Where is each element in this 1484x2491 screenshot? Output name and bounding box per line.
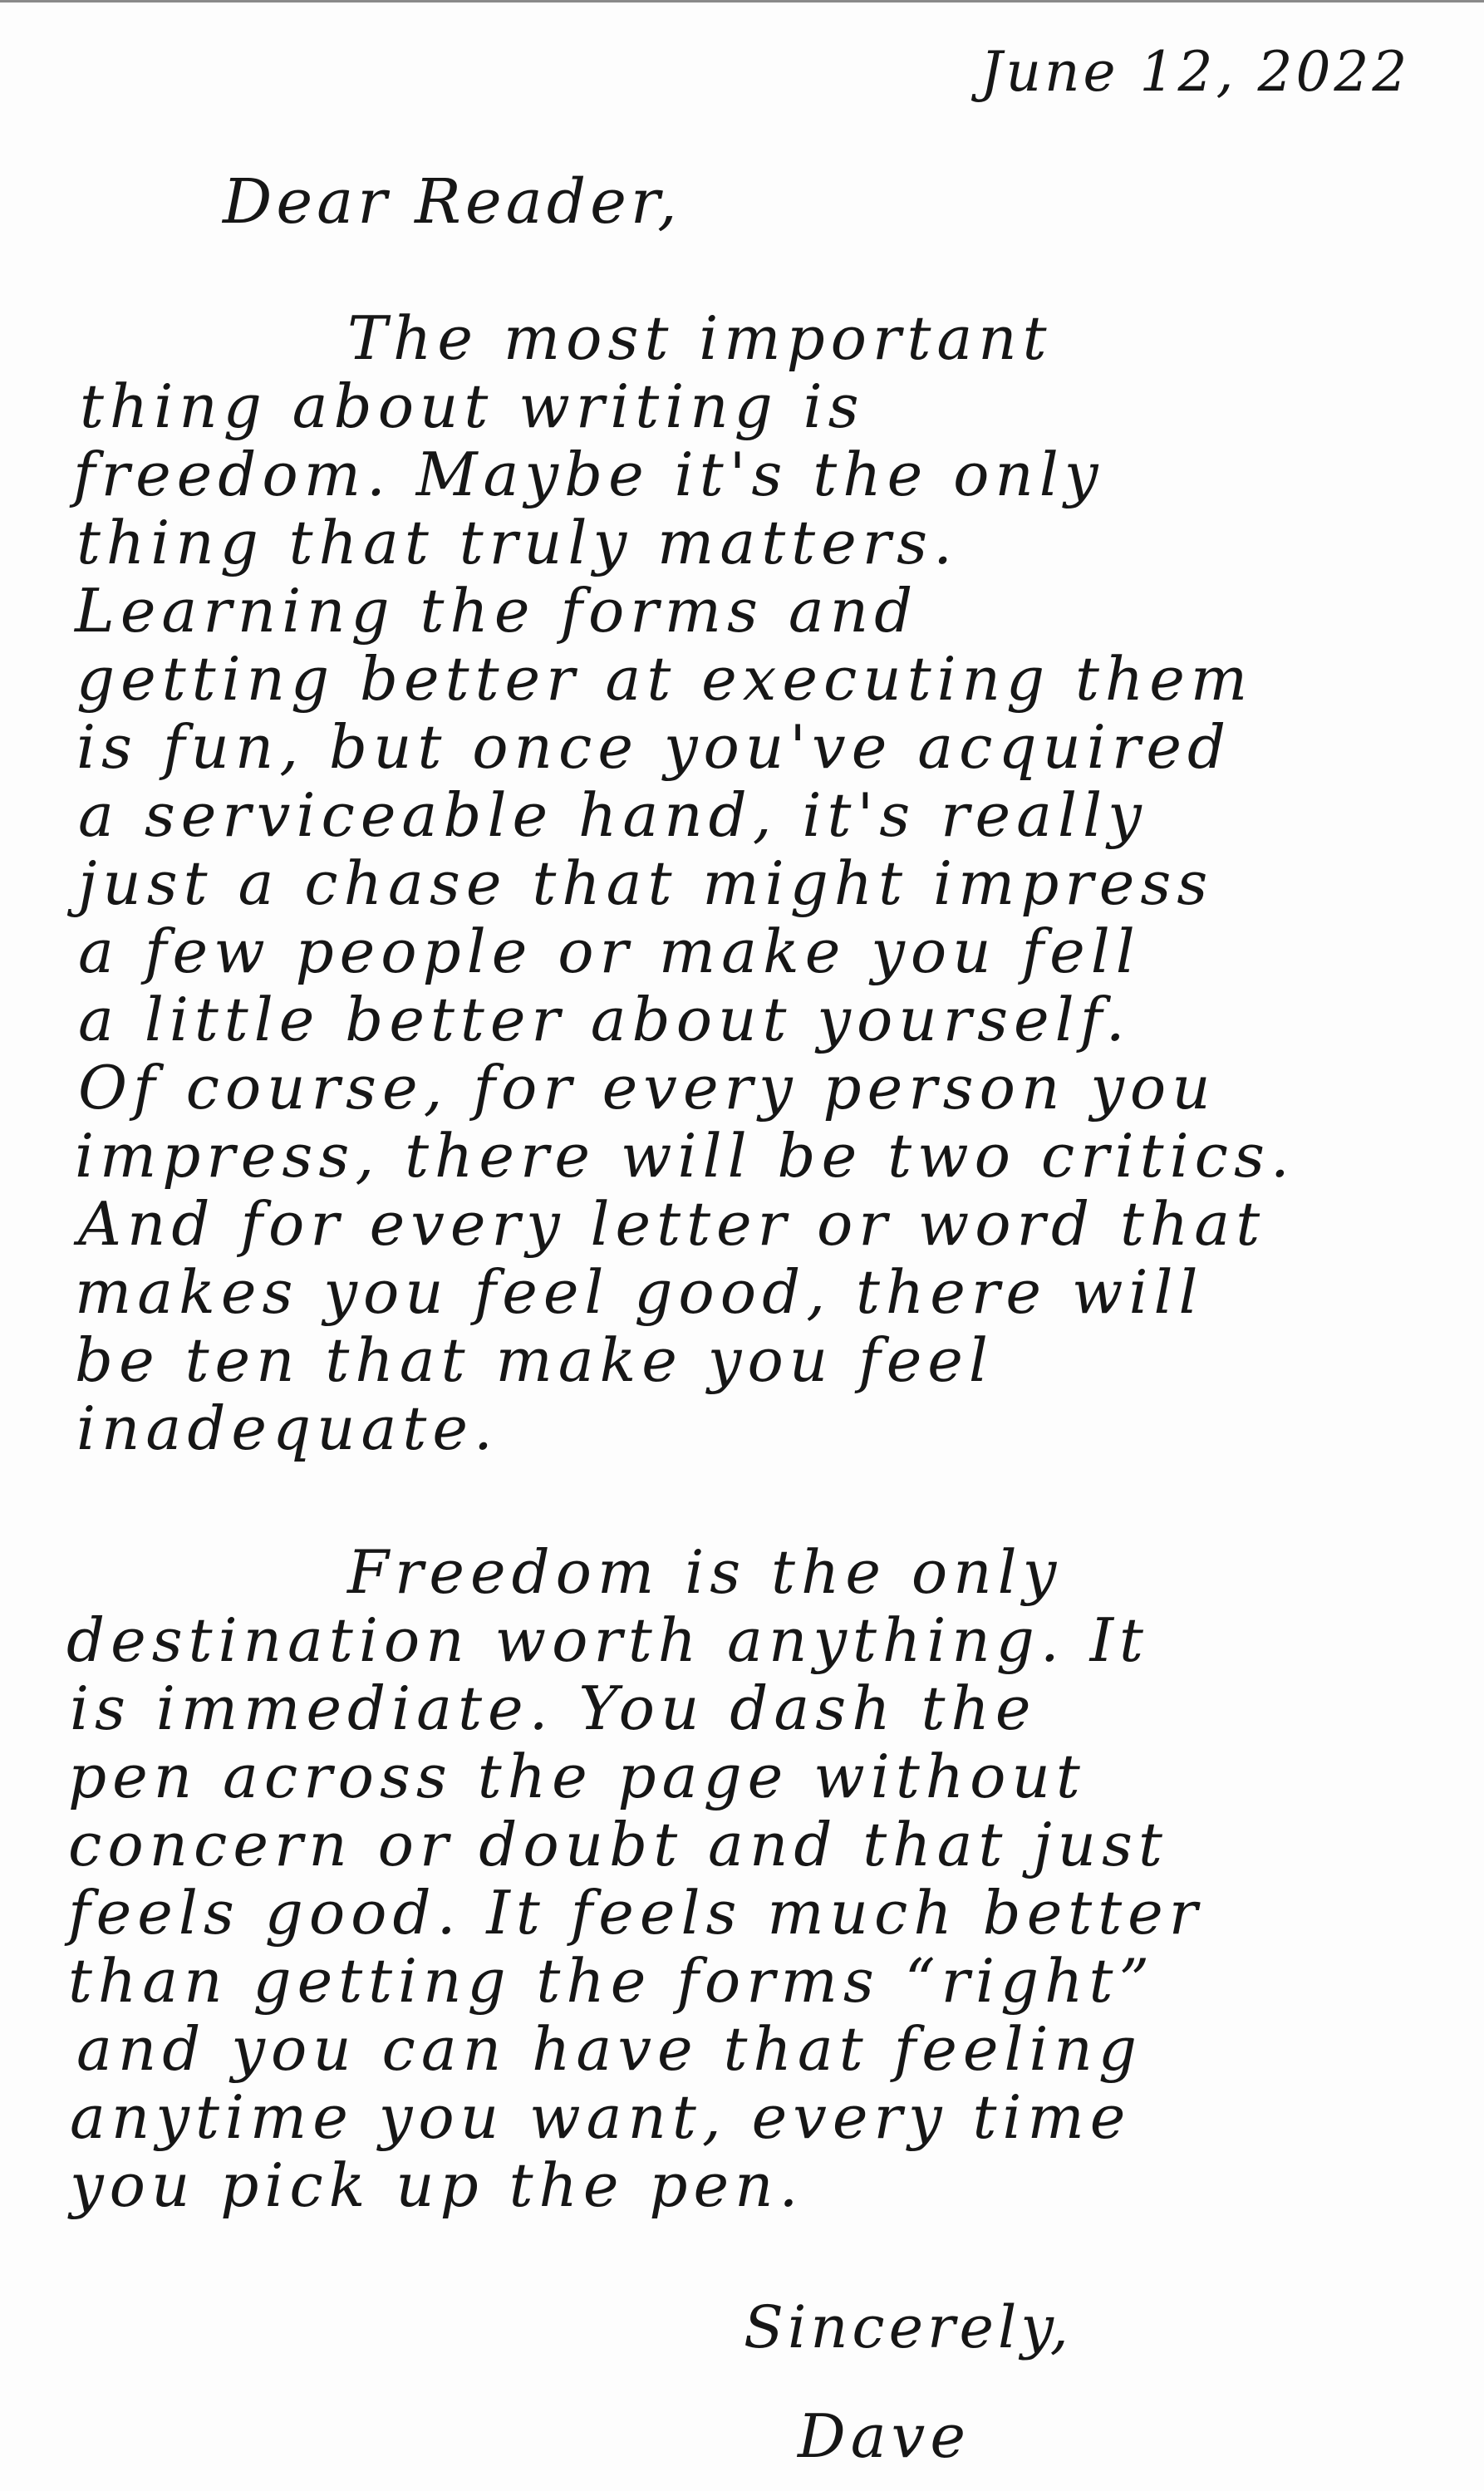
paragraph-line: than getting the forms “right” (68, 1946, 1155, 2016)
paragraph-line: makes you feel good, there will (75, 1257, 1204, 1327)
letter-date: June 12, 2022 (980, 40, 1410, 104)
paragraph-line: The most important (347, 303, 1053, 373)
scan-top-edge (0, 0, 1484, 2)
paragraph-line: is immediate. You dash the (70, 1673, 1036, 1743)
paragraph-line: Learning the forms and (75, 576, 918, 646)
salutation: Dear Reader, (223, 166, 681, 238)
paragraph-line: be ten that make you feel (75, 1325, 994, 1395)
paragraph-line: inadequate. (76, 1393, 499, 1463)
paragraph-line: a serviceable hand, it's really (78, 780, 1147, 850)
paragraph-line: thing that truly matters. (76, 508, 958, 577)
paragraph-line: Freedom is the only (347, 1537, 1062, 1607)
paragraph-line: just a chase that might impress (78, 848, 1213, 918)
paragraph-line: getting better at executing them (76, 644, 1253, 714)
paragraph-line: a few people or make you fell (78, 916, 1141, 986)
paragraph-line: concern or doubt and that just (68, 1810, 1168, 1879)
paragraph-line: impress, there will be two critics. (75, 1121, 1295, 1191)
closing: Sincerely, (744, 2293, 1073, 2361)
paragraph-line: destination worth anything. It (66, 1605, 1149, 1675)
paragraph-line: is fun, but once you've acquired (76, 712, 1231, 782)
paragraph-line: and you can have that feeling (76, 2014, 1142, 2084)
paragraph-line: freedom. Maybe it's the only (73, 440, 1104, 509)
paragraph-line: feels good. It feels much better (68, 1878, 1203, 1948)
paragraph-line: you pick up the pen. (70, 2150, 803, 2220)
paragraph-line: pen across the page without (68, 1742, 1086, 1811)
paragraph-line: a little better about yourself. (78, 985, 1131, 1054)
paragraph-line: And for every letter or word that (78, 1189, 1265, 1259)
paragraph-line: thing about writing is (80, 371, 865, 441)
paragraph-line: Of course, for every person you (78, 1053, 1216, 1123)
paragraph-line: anytime you want, every time (70, 2082, 1131, 2152)
signature: Dave (798, 2401, 970, 2471)
